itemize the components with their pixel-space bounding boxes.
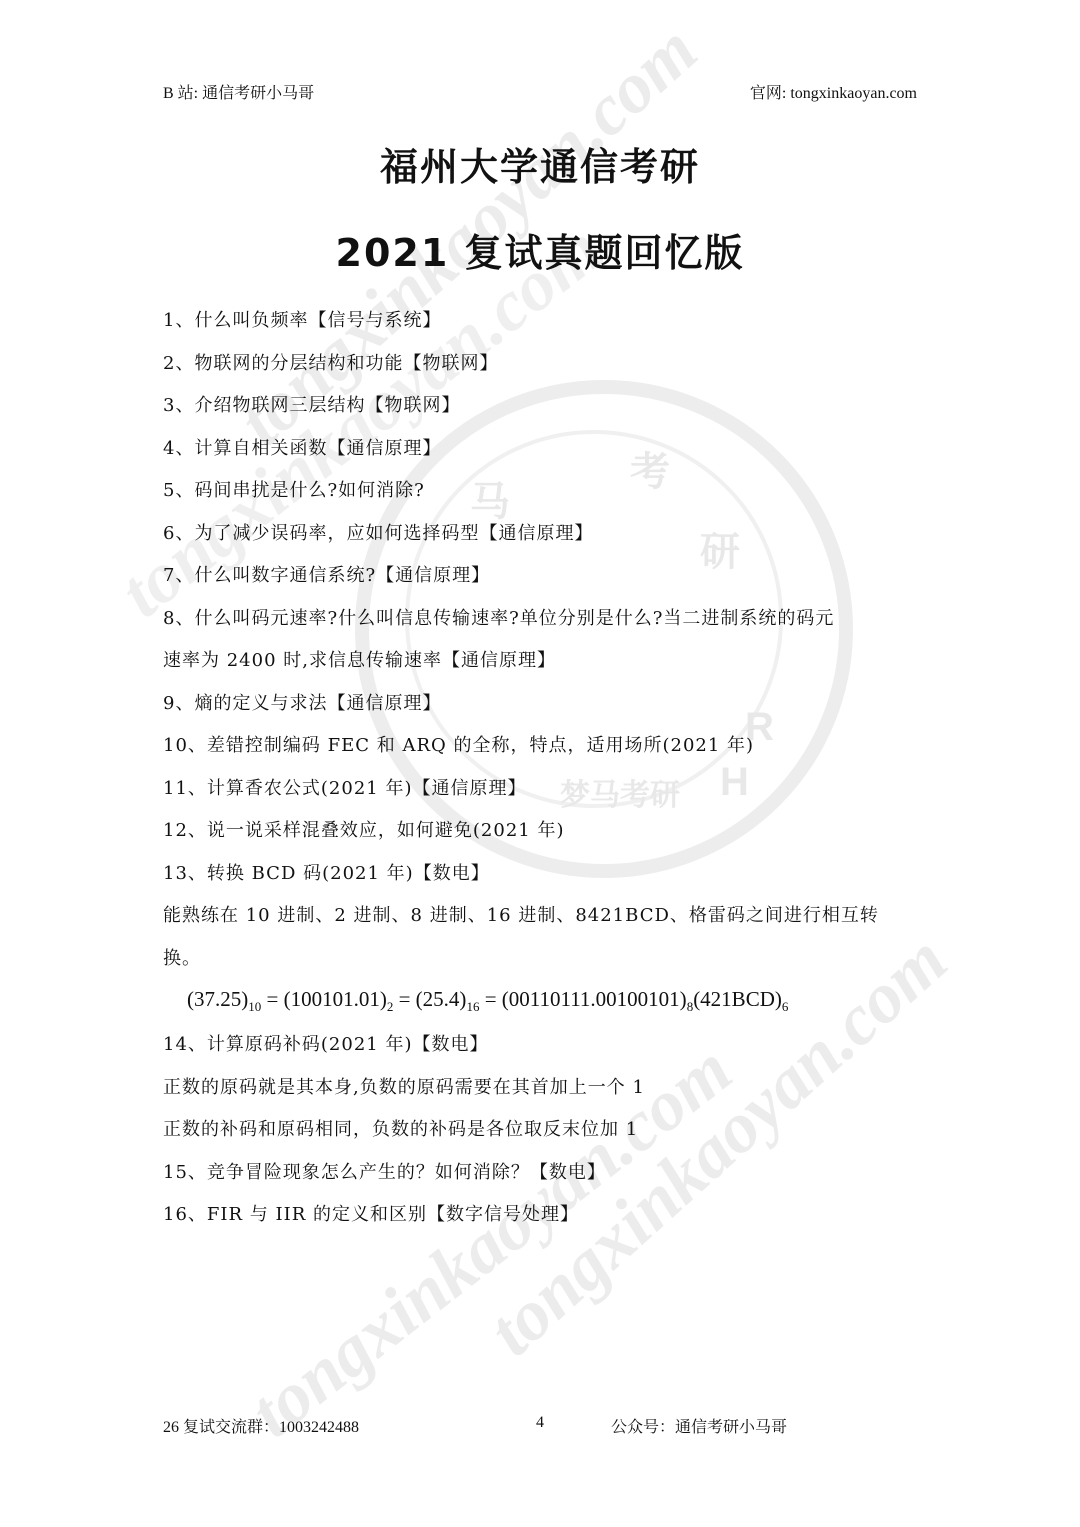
page-header: B 站: 通信考研小马哥 官网: tongxinkaoyan.com: [163, 80, 917, 103]
question-item: 15、竞争冒险现象怎么产生的？如何消除？【数电】: [163, 1152, 923, 1195]
formula-term: = (00110111.00100101): [479, 987, 686, 1011]
question-item: 13、转换 BCD 码(2021 年)【数电】: [163, 853, 923, 896]
question-item: 4、计算自相关函数【通信原理】: [163, 428, 923, 471]
question-item: 12、说一说采样混叠效应，如何避免(2021 年): [163, 810, 923, 853]
question-item: 11、计算香农公式(2021 年)【通信原理】: [163, 768, 923, 811]
answer-text: 正数的原码就是其本身,负数的原码需要在其首加上一个 1: [163, 1067, 923, 1110]
header-bilibili: B 站: 通信考研小马哥: [163, 80, 314, 103]
formula-term: (37.25): [187, 987, 248, 1011]
answer-text: 能熟练在 10 进制、2 进制、8 进制、16 进制、8421BCD、格雷码之间…: [163, 895, 923, 938]
question-item: 5、码间串扰是什么?如何消除?: [163, 470, 923, 513]
question-item: 3、介绍物联网三层结构【物联网】: [163, 385, 923, 428]
page-number: 4: [536, 1414, 544, 1432]
question-item: 6、为了减少误码率，应如何选择码型【通信原理】: [163, 513, 923, 556]
question-item-continuation: 速率为 2400 时,求信息传输速率【通信原理】: [163, 640, 923, 683]
question-item: 7、什么叫数字通信系统?【通信原理】: [163, 555, 923, 598]
footer-wechat-account: 公众号：通信考研小马哥: [611, 1414, 787, 1437]
question-item: 14、计算原码补码(2021 年)【数电】: [163, 1024, 923, 1067]
question-item: 1、什么叫负频率【信号与系统】: [163, 300, 923, 343]
question-item: 2、物联网的分层结构和功能【物联网】: [163, 343, 923, 386]
question-item: 9、熵的定义与求法【通信原理】: [163, 683, 923, 726]
header-website: 官网: tongxinkaoyan.com: [750, 80, 917, 103]
conversion-formula: (37.25)10 = (100101.01)2 = (25.4)16 = (0…: [163, 982, 923, 1024]
answer-text: 正数的补码和原码相同，负数的补码是各位取反末位加 1: [163, 1109, 923, 1152]
question-item: 10、差错控制编码 FEC 和 ARQ 的全称，特点，适用场所(2021 年): [163, 725, 923, 768]
page-title: 福州大学通信考研: [0, 136, 1080, 191]
question-list: 1、什么叫负频率【信号与系统】 2、物联网的分层结构和功能【物联网】 3、介绍物…: [163, 300, 923, 1237]
formula-term: = (25.4): [393, 987, 466, 1011]
question-item: 8、什么叫码元速率?什么叫信息传输速率?单位分别是什么?当二进制系统的码元: [163, 598, 923, 641]
formula-base: 6: [782, 999, 789, 1014]
footer-group-number: 26 复试交流群：1003242488: [163, 1414, 359, 1437]
formula-base: 16: [466, 999, 479, 1014]
page-subtitle: 2021 复试真题回忆版: [0, 222, 1080, 277]
answer-text-continuation: 换。: [163, 938, 923, 981]
question-item: 16、FIR 与 IIR 的定义和区别【数字信号处理】: [163, 1194, 923, 1237]
formula-base: 10: [248, 999, 261, 1014]
formula-term: (421BCD): [693, 987, 782, 1011]
formula-term: = (100101.01): [261, 987, 387, 1011]
